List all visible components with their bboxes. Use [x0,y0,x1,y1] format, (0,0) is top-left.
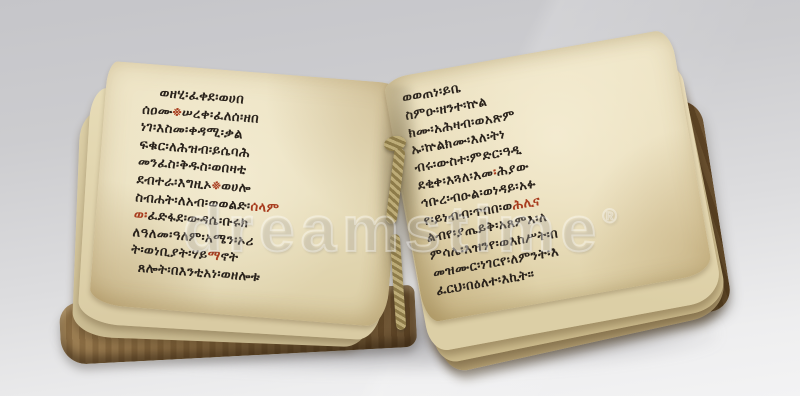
photo-stage: ወዘሂ፡ፈቀደ፡ወሀበሰዐሙ፠ሠረቀ፡ፈለሰ፡ዘበነገ፡እስመ፡ቀዳሚ፡ቃልፍቁ… [0,0,800,396]
manuscript-text-right: ወወጠነ፡ይቤስምዑ፡ዘንተ፡ኵልክሙ፡አሕዛብ፡ወአጽምኡ፡ኵልክሙ፡እለ፡ት… [401,47,685,303]
manuscript-text-left: ወዘሂ፡ፈቀደ፡ወሀበሰዐሙ፠ሠረቀ፡ፈለሰ፡ዘበነገ፡እስመ፡ቀዳሚ፡ቃልፍቁ… [128,84,390,311]
left-manuscript-page: ወዘሂ፡ፈቀደ፡ወሀበሰዐሙ፠ሠረቀ፡ፈለሰ፡ዘበነገ፡እስመ፡ቀዳሚ፡ቃልፍቁ… [89,61,405,328]
right-manuscript-page: ወወጠነ፡ይቤስምዑ፡ዘንተ፡ኵልክሙ፡አሕዛብ፡ወአጽምኡ፡ኵልክሙ፡እለ፡ት… [383,29,714,324]
